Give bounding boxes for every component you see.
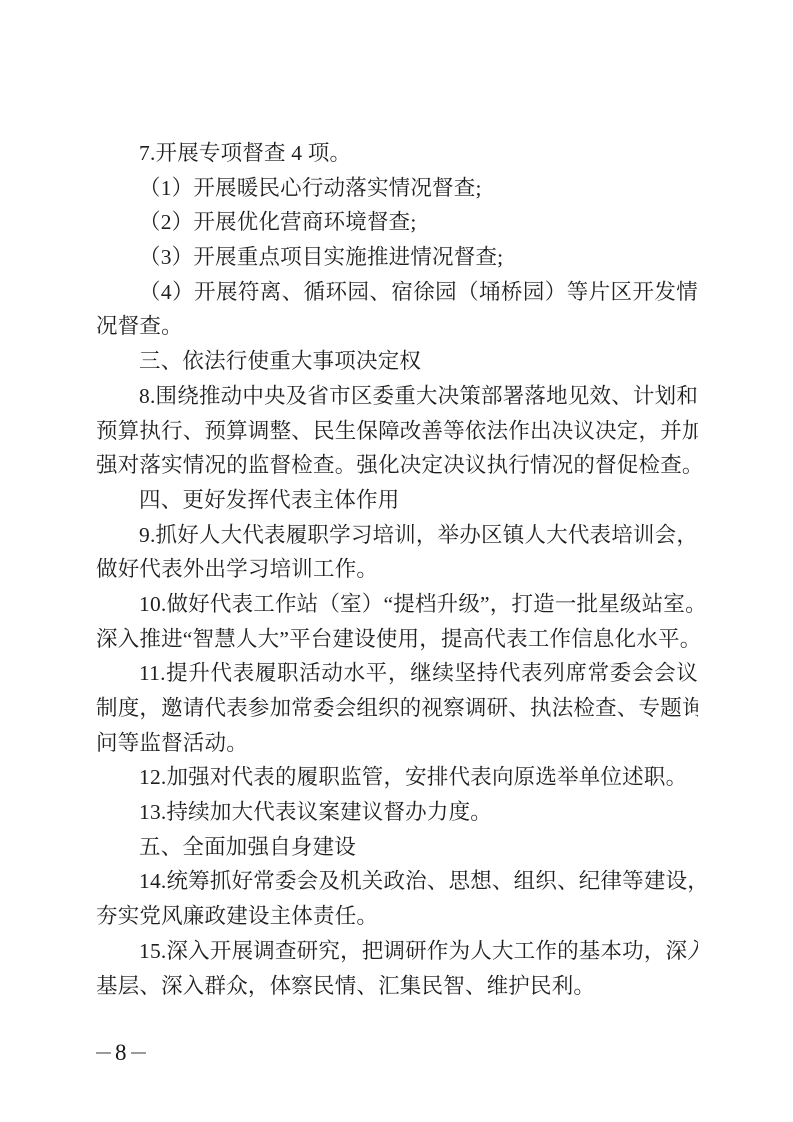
body-line: 7.开展专项督查 4 项。	[96, 136, 698, 171]
document-body: 7.开展专项督查 4 项。 （1）开展暖民心行动落实情况督查; （2）开展优化营…	[96, 136, 698, 1003]
body-line: （2）开展优化营商环境督查;	[96, 205, 698, 240]
body-line: 问等监督活动。	[96, 726, 698, 761]
body-line: 8.围绕推动中央及省市区委重大决策部署落地见效、计划和	[96, 379, 698, 414]
body-line: 10.做好代表工作站（室）“提档升级”，打造一批星级站室。	[96, 587, 698, 622]
body-line: 况督查。	[96, 309, 698, 344]
body-line: 强对落实情况的监督检查。强化决定决议执行情况的督促检查。	[96, 448, 698, 483]
body-line: 基层、深入群众，体察民情、汇集民智、维护民利。	[96, 969, 698, 1004]
page-number: 8	[96, 1040, 146, 1066]
document-page: 7.开展专项督查 4 项。 （1）开展暖民心行动落实情况督查; （2）开展优化营…	[0, 0, 793, 1122]
section-heading: 五、全面加强自身建设	[96, 830, 698, 865]
body-line: 13.持续加大代表议案建议督办力度。	[96, 795, 698, 830]
body-line: 12.加强对代表的履职监管，安排代表向原选举单位述职。	[96, 760, 698, 795]
body-line: （4）开展符离、循环园、宿徐园（埇桥园）等片区开发情	[96, 275, 698, 310]
page-number-value: 8	[111, 1040, 131, 1066]
section-heading: 三、依法行使重大事项决定权	[96, 344, 698, 379]
body-line: 深入推进“智慧人大”平台建设使用，提高代表工作信息化水平。	[96, 622, 698, 657]
body-line: 做好代表外出学习培训工作。	[96, 552, 698, 587]
body-line: 预算执行、预算调整、民生保障改善等依法作出决议决定，并加	[96, 414, 698, 449]
body-line: 制度，邀请代表参加常委会组织的视察调研、执法检查、专题询	[96, 691, 698, 726]
body-line: （3）开展重点项目实施推进情况督查;	[96, 240, 698, 275]
body-line: 15.深入开展调查研究，把调研作为人大工作的基本功，深入	[96, 934, 698, 969]
section-heading: 四、更好发挥代表主体作用	[96, 483, 698, 518]
body-line: 9.抓好人大代表履职学习培训，举办区镇人大代表培训会，	[96, 518, 698, 553]
body-line: 夯实党风廉政建设主体责任。	[96, 899, 698, 934]
body-line: （1）开展暖民心行动落实情况督查;	[96, 171, 698, 206]
body-line: 14.统筹抓好常委会及机关政治、思想、组织、纪律等建设，	[96, 864, 698, 899]
page-number-dash	[96, 1052, 111, 1054]
body-line: 11.提升代表履职活动水平，继续坚持代表列席常委会会议	[96, 656, 698, 691]
page-number-dash	[131, 1052, 146, 1054]
